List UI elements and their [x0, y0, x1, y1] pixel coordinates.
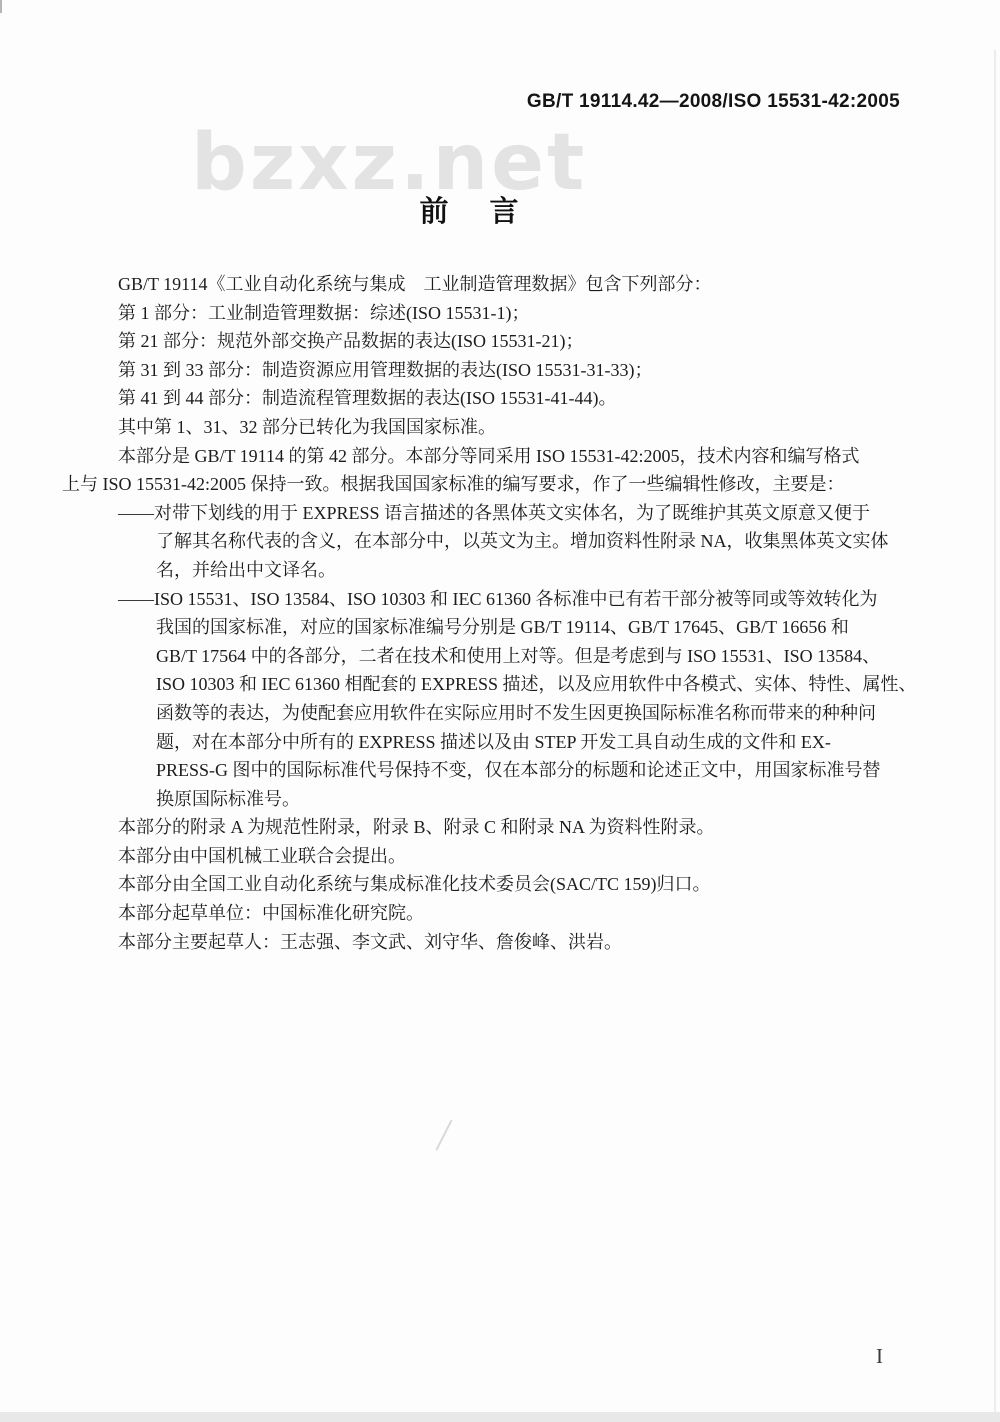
- foreword-line: 本部分的附录 A 为规范性附录，附录 B、附录 C 和附录 NA 为资料性附录。: [62, 813, 952, 842]
- foreword-line: PRESS-G 图中的国际标准代号保持不变，仅在本部分的标题和论述正文中，用国家…: [62, 756, 952, 785]
- foreword-line: 我国的国家标准，对应的国家标准编号分别是 GB/T 19114、GB/T 176…: [62, 613, 952, 642]
- foreword-line: ——ISO 15531、ISO 13584、ISO 10303 和 IEC 61…: [62, 585, 952, 614]
- foreword-line: 上与 ISO 15531-42:2005 保持一致。根据我国国家标准的编写要求，…: [62, 470, 952, 499]
- foreword-line: 第 21 部分：规范外部交换产品数据的表达(ISO 15531-21)；: [62, 327, 952, 356]
- foreword-line: 题，对在本部分中所有的 EXPRESS 描述以及由 STEP 开发工具自动生成的…: [62, 728, 952, 757]
- foreword-line: 本部分由全国工业自动化系统与集成标准化技术委员会(SAC/TC 159)归口。: [62, 870, 952, 899]
- foreword-line: 第 41 到 44 部分：制造流程管理数据的表达(ISO 15531-41-44…: [62, 384, 952, 413]
- foreword-line: ——对带下划线的用于 EXPRESS 语言描述的各黑体英文实体名，为了既维护其英…: [62, 499, 952, 528]
- scan-corner-speck: [0, 0, 2, 13]
- standard-code-header: GB/T 19114.42—2008/ISO 15531-42:2005: [527, 91, 900, 113]
- foreword-line: 本部分主要起草人：王志强、李文武、刘守华、詹俊峰、洪岩。: [62, 928, 952, 957]
- document-page: GB/T 19114.42—2008/ISO 15531-42:2005 bzx…: [0, 0, 1000, 1422]
- page-title: 前 言: [0, 189, 972, 230]
- foreword-line: 其中第 1、31、32 部分已转化为我国国家标准。: [62, 413, 952, 442]
- foreword-line: 第 31 到 33 部分：制造资源应用管理数据的表达(ISO 15531-31-…: [62, 356, 952, 385]
- scan-edge-bottom: [0, 1412, 1000, 1422]
- page-number: I: [876, 1344, 883, 1369]
- scan-scratch-mark: [435, 1120, 452, 1151]
- foreword-line: 名，并给出中文译名。: [62, 556, 952, 585]
- foreword-line: 函数等的表达，为使配套应用软件在实际应用时不发生因更换国际标准名称而带来的种种问: [62, 699, 952, 728]
- foreword-line: GB/T 19114《工业自动化系统与集成 工业制造管理数据》包含下列部分：: [62, 270, 952, 299]
- foreword-line: GB/T 17564 中的各部分，二者在技术和使用上对等。但是考虑到与 ISO …: [62, 642, 952, 671]
- foreword-line: 换原国际标准号。: [62, 785, 952, 814]
- foreword-line: ISO 10303 和 IEC 61360 相配套的 EXPRESS 描述，以及…: [62, 670, 952, 699]
- foreword-line: 了解其名称代表的含义，在本部分中，以英文为主。增加资料性附录 NA，收集黑体英文…: [62, 527, 952, 556]
- foreword-line: 本部分起草单位：中国标准化研究院。: [62, 899, 952, 928]
- scan-edge-right: [994, 50, 996, 1412]
- foreword-line: 第 1 部分：工业制造管理数据：综述(ISO 15531-1)；: [62, 299, 952, 328]
- foreword-line: 本部分由中国机械工业联合会提出。: [62, 842, 952, 871]
- foreword-body: GB/T 19114《工业自动化系统与集成 工业制造管理数据》包含下列部分：第 …: [62, 270, 952, 956]
- foreword-line: 本部分是 GB/T 19114 的第 42 部分。本部分等同采用 ISO 155…: [62, 442, 952, 471]
